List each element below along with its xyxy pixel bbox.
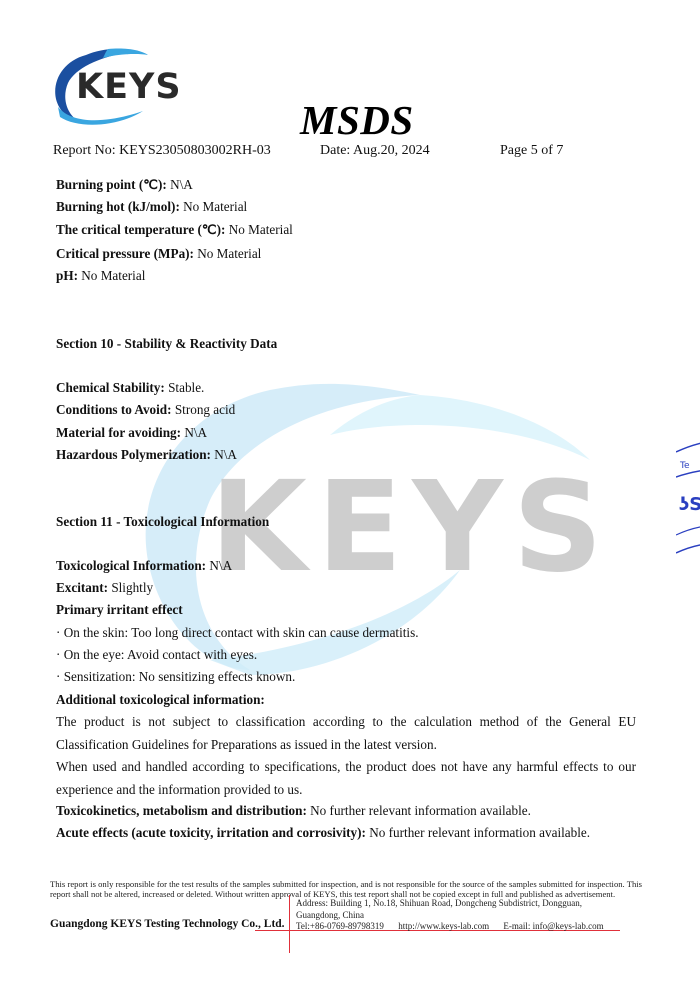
- footer-tel: Tel:+86-0769-89798319: [296, 921, 384, 931]
- document-title: MSDS: [300, 96, 414, 144]
- footer-disclaimer: This report is only responsible for the …: [50, 879, 642, 899]
- footer-vertical-divider: [289, 895, 290, 953]
- footer-address-line-2: Guangdong, China: [296, 910, 616, 922]
- hazardous-polymerization: Hazardous Polymerization: N\A: [56, 444, 237, 467]
- conditions-to-avoid: Conditions to Avoid: Strong acid: [56, 399, 235, 422]
- footer-email-link[interactable]: E-mail: info@keys-lab.com: [503, 921, 603, 931]
- svg-text:ʖS: ʖS: [679, 494, 700, 515]
- property-ph: pH: No Material: [56, 265, 145, 288]
- svg-text:Te: Te: [679, 461, 690, 471]
- watermark-text: KEYS: [210, 455, 613, 600]
- report-date: Date: Aug.20, 2024: [320, 143, 430, 159]
- bullet-skin: · On the skin: Too long direct contact w…: [56, 622, 419, 645]
- stamp-icon: Te ʖS: [676, 440, 700, 560]
- page-number: Page 5 of 7: [500, 143, 563, 159]
- footer-contact: Tel:+86-0769-89798319 http://www.keys-la…: [296, 921, 616, 933]
- msds-page: KEYS Te ʖS KEYS MSDS Report No: KEYS2305…: [0, 0, 700, 989]
- bullet-sensitization: · Sensitization: No sensitizing effects …: [56, 666, 295, 689]
- footer-address-line-1: Address: Building 1, No.18, Shihuan Road…: [296, 898, 616, 910]
- material-for-avoiding: Material for avoiding: N\A: [56, 422, 207, 445]
- excitant: Excitant: Slightly: [56, 577, 153, 600]
- toxicokinetics: Toxicokinetics, metabolism and distribut…: [56, 800, 531, 823]
- footer-company-name: Guangdong KEYS Testing Technology Co., L…: [50, 918, 285, 930]
- logo-text: KEYS: [76, 67, 182, 107]
- additional-toxicological-heading: Additional toxicological information:: [56, 689, 265, 712]
- keys-logo: KEYS: [48, 45, 183, 125]
- report-number: Report No: KEYS23050803002RH-03: [53, 143, 271, 159]
- footer-address-block: Address: Building 1, No.18, Shihuan Road…: [296, 898, 616, 933]
- additional-paragraph-1: The product is not subject to classifica…: [56, 711, 636, 756]
- additional-paragraph-2: When used and handled according to speci…: [56, 756, 636, 801]
- chemical-stability: Chemical Stability: Stable.: [56, 377, 204, 400]
- property-critical-pressure: Critical pressure (MPa): No Material: [56, 243, 261, 266]
- acute-effects: Acute effects (acute toxicity, irritatio…: [56, 822, 590, 845]
- toxicological-information: Toxicological Information: N\A: [56, 555, 232, 578]
- section-11-heading: Section 11 - Toxicological Information: [56, 511, 269, 534]
- property-burning-hot: Burning hot (kJ/mol): No Material: [56, 196, 247, 219]
- bullet-eye: · On the eye: Avoid contact with eyes.: [56, 644, 257, 667]
- property-burning-point: Burning point (℃): N\A: [56, 174, 193, 197]
- property-critical-temperature: The critical temperature (℃): No Materia…: [56, 219, 293, 242]
- primary-irritant-heading: Primary irritant effect: [56, 599, 183, 622]
- footer-website-link[interactable]: http://www.keys-lab.com: [398, 921, 489, 931]
- section-10-heading: Section 10 - Stability & Reactivity Data: [56, 333, 277, 356]
